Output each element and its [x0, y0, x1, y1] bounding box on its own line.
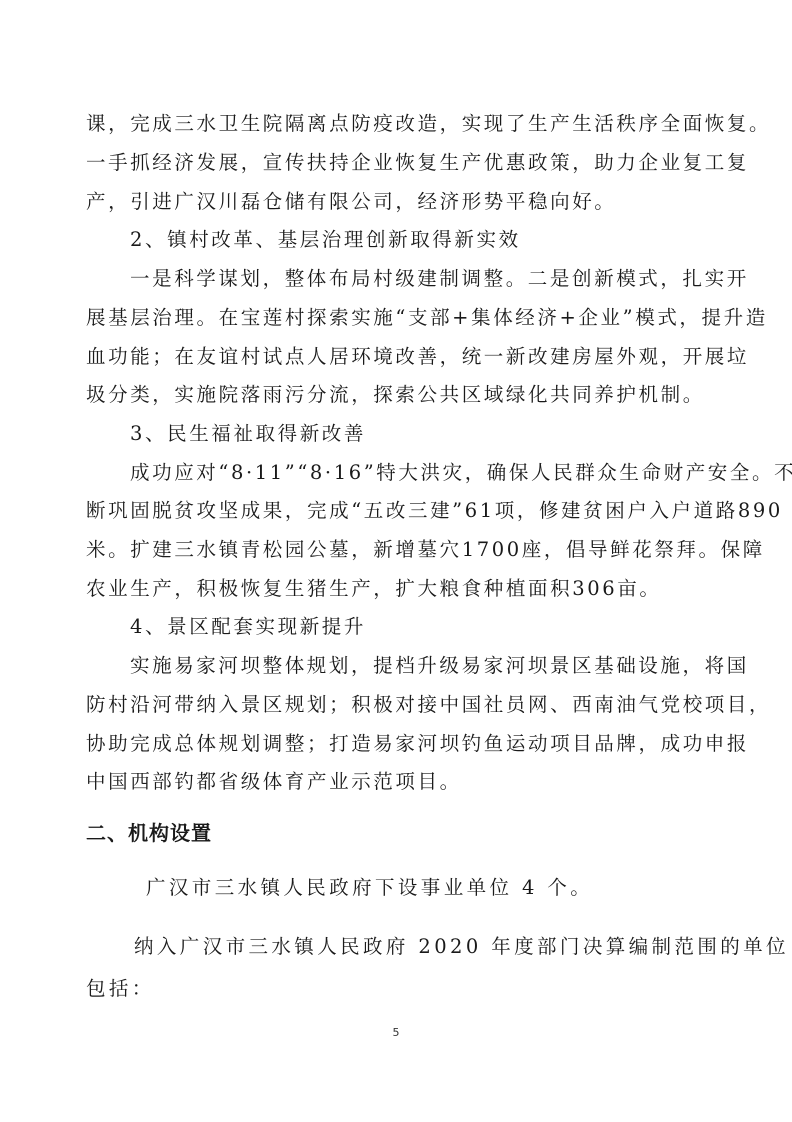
- page-number: 5: [0, 1026, 792, 1039]
- paragraph-line: 血功能；在友谊村试点人居环境改善，统一新改建房屋外观，开展垃: [86, 344, 730, 370]
- paragraph-line: 产，引进广汉川磊仓储有限公司，经济形势平稳向好。: [86, 189, 730, 215]
- paragraph-line: 防村沿河带纳入景区规划；积极对接中国社员网、西南油气党校项目，: [86, 692, 730, 718]
- paragraph-line: 米。扩建三水镇青松园公墓，新增墓穴1700座，倡导鲜花祭拜。保障: [86, 537, 730, 563]
- subheading-4: 4、景区配套实现新提升: [130, 614, 730, 640]
- paragraph-line: 断巩固脱贫攻坚成果，完成“五改三建”61项，修建贫困户入户道路890: [86, 498, 730, 524]
- paragraph-line: 协助完成总体规划调整；打造易家河坝钓鱼运动项目品牌，成功申报: [86, 731, 730, 757]
- paragraph-line: 包括：: [86, 976, 730, 1002]
- document-page: 课，完成三水卫生院隔离点防疫改造，实现了生产生活秩序全面恢复。 一手抓经济发展，…: [0, 0, 792, 1122]
- paragraph-line: 一是科学谋划，整体布局村级建制调整。二是创新模式，扎实开: [130, 266, 730, 292]
- paragraph-line: 实施易家河坝整体规划，提档升级易家河坝景区基础设施，将国: [130, 653, 730, 679]
- paragraph-line: 中国西部钓都省级体育产业示范项目。: [86, 769, 730, 795]
- paragraph-line: 成功应对“8·11”“8·16”特大洪灾，确保人民群众生命财产安全。不: [130, 460, 730, 486]
- paragraph-line: 广汉市三水镇人民政府下设事业单位 4 个。: [146, 875, 790, 901]
- section-heading: 二、机构设置: [86, 817, 212, 846]
- paragraph-line: 展基层治理。在宝莲村探索实施“支部+集体经济+企业”模式，提升造: [86, 305, 730, 331]
- paragraph-line: 农业生产，积极恢复生猪生产，扩大粮食种植面积306亩。: [86, 576, 730, 602]
- paragraph-line: 纳入广汉市三水镇人民政府 2020 年度部门决算编制范围的单位: [134, 934, 778, 960]
- paragraph-line: 课，完成三水卫生院隔离点防疫改造，实现了生产生活秩序全面恢复。: [86, 111, 730, 137]
- paragraph-line: 圾分类，实施院落雨污分流，探索公共区域绿化共同养护机制。: [86, 382, 730, 408]
- paragraph-line: 一手抓经济发展，宣传扶持企业恢复生产优惠政策，助力企业复工复: [86, 150, 730, 176]
- subheading-2: 2、镇村改革、基层治理创新取得新实效: [130, 227, 730, 253]
- subheading-3: 3、民生福祉取得新改善: [130, 421, 730, 447]
